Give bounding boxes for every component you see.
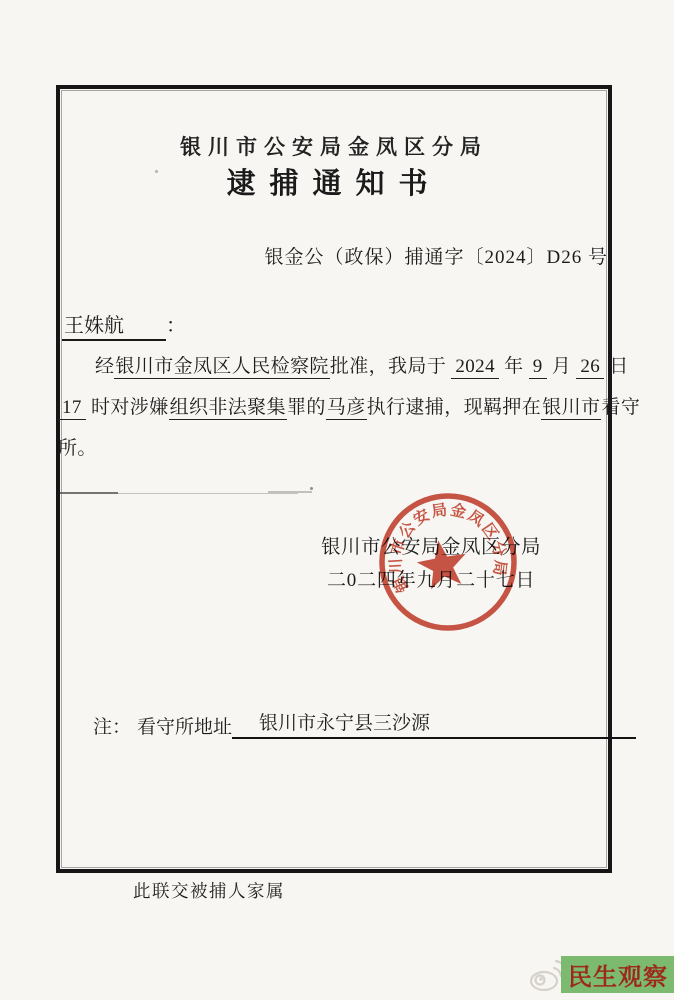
seal-arc-text: 银川市公安局金凤区分局	[376, 491, 514, 599]
body-text: 经	[95, 356, 114, 377]
note-label: 看守所地址	[137, 717, 232, 738]
note-line: 注：看守所地址银川市永宁县三沙源	[93, 708, 636, 739]
body-text: 时对涉嫌	[91, 397, 169, 418]
document-frame	[56, 85, 612, 873]
addressee-name: 王姝航	[62, 309, 166, 341]
body-text: 执行逮捕，现羁押在	[367, 397, 542, 418]
body-text: 看守	[601, 397, 640, 418]
document-title: 逮捕通知书	[56, 161, 612, 202]
body-line-1: 经银川市金凤区人民检察院批准，我局于 2024 年 9 月 26 日	[58, 351, 651, 378]
official-seal: 银川市公安局金凤区分局	[359, 473, 537, 651]
addressee-line: 王姝航：	[62, 309, 186, 341]
filled-year: 2024	[451, 356, 499, 379]
body-text: 年	[504, 356, 523, 377]
watermark-badge: 民生观察	[561, 956, 674, 993]
filled-charge: 组织非法聚集	[169, 397, 287, 420]
body-text: 罪的	[287, 397, 326, 418]
body-text: 批准，我局于	[330, 356, 446, 377]
filled-person-name: 马彦	[326, 397, 367, 420]
body-line-2: 17 时对涉嫌组织非法聚集罪的马彦执行逮捕，现羁押在银川市看守	[58, 392, 614, 419]
scanned-arrest-notice: 银川市公安局金凤区分局 逮捕通知书 银金公（政保）捕通字〔2024〕D26 号 …	[0, 0, 674, 1000]
filled-procuratorate: 银川市金凤区人民检察院	[114, 356, 329, 379]
filled-day: 26	[576, 356, 604, 379]
issuing-org-title: 银川市公安局金凤区分局	[56, 131, 612, 161]
note-prefix: 注：	[93, 717, 131, 738]
addressee-colon: ：	[166, 315, 186, 337]
body-text: 月	[552, 356, 571, 377]
detention-address: 银川市永宁县三沙源	[232, 708, 636, 739]
watermark-text: 民生观察	[568, 957, 668, 992]
copy-recipient-note: 此联交被捕人家属	[133, 878, 285, 903]
document-number: 银金公（政保）捕通字〔2024〕D26 号	[265, 242, 608, 269]
filled-month: 9	[529, 356, 547, 379]
body-text: 所。	[58, 438, 97, 459]
body-text: 日	[609, 356, 628, 377]
star-icon	[414, 536, 471, 591]
filled-hour: 17	[58, 397, 86, 420]
body-line-3: 所。	[58, 433, 614, 460]
filled-detention-city: 银川市	[541, 397, 601, 420]
